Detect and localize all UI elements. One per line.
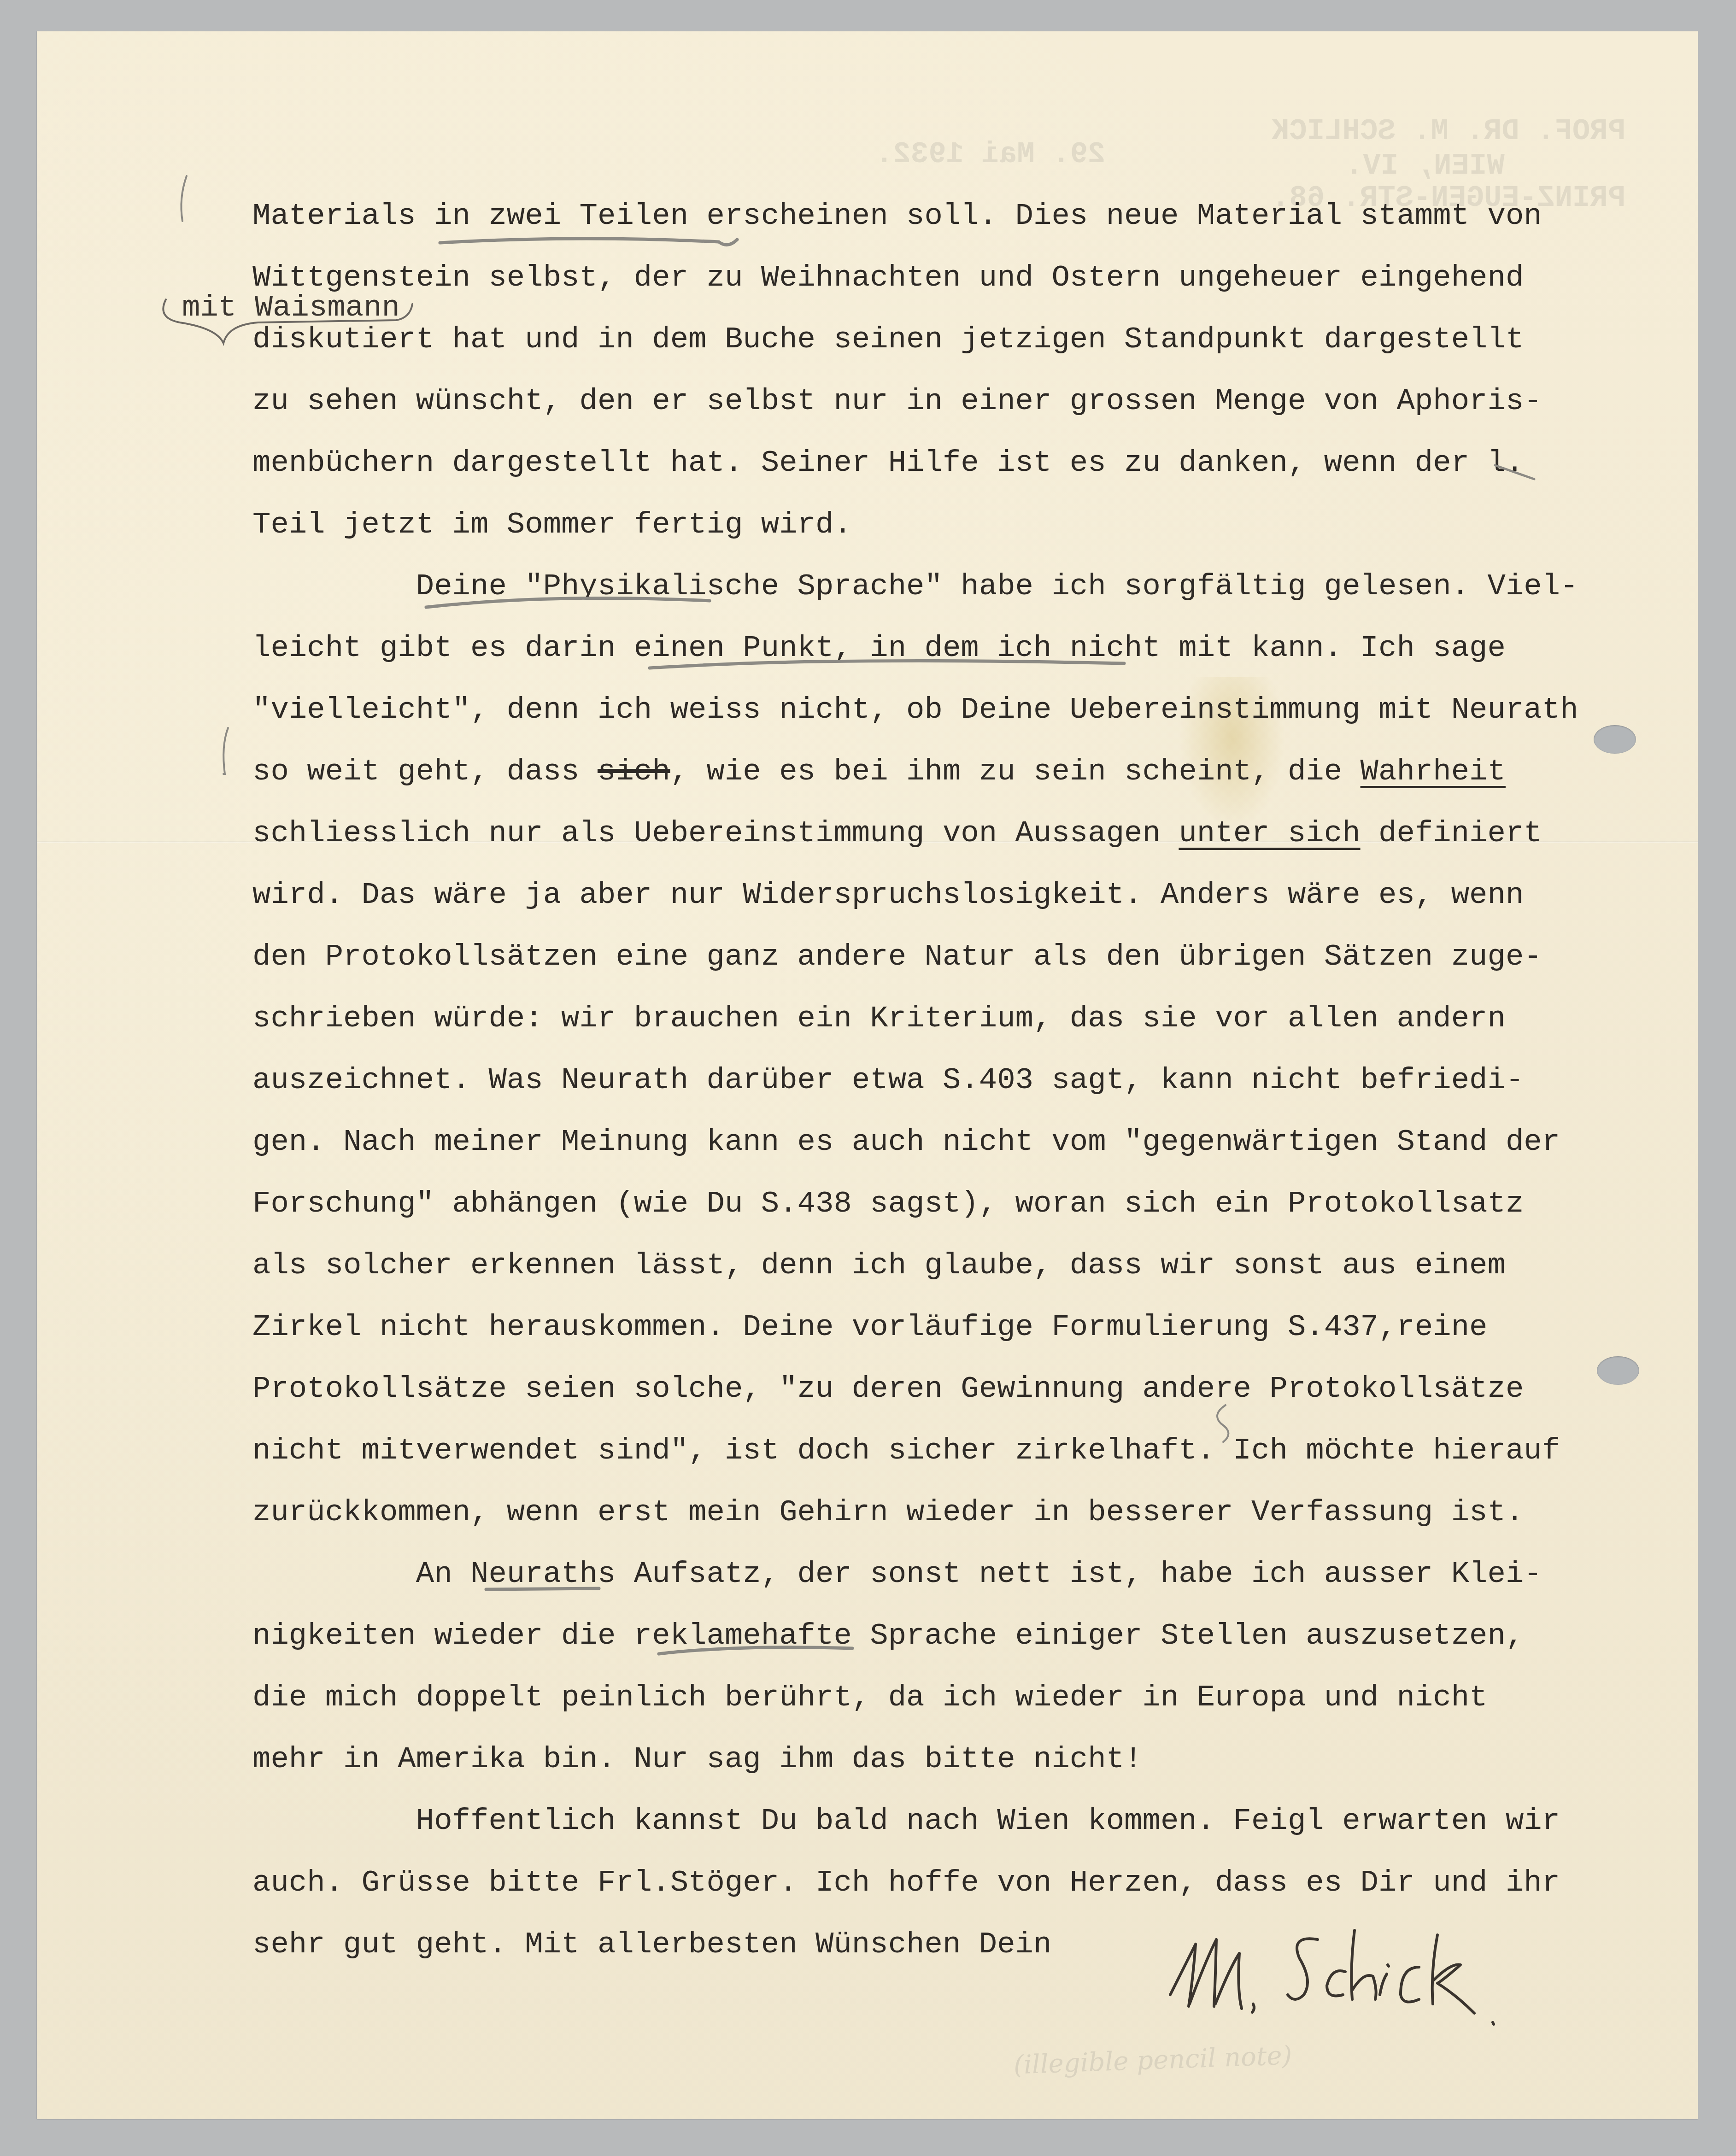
body-line-9: "vielleicht", denn ich weiss nicht, ob D… [252,695,1578,725]
body-line-15: auszeichnet. Was Neurath darüber etwa S.… [252,1065,1524,1096]
body-line-6: Teil jetzt im Sommer fertig wird. [252,510,852,540]
body-line-8: leicht gibt es darin einen Punkt, in dem… [252,633,1506,663]
bleed-letterhead-line-1: PROF. DR. M. SCHLICK [1272,115,1625,148]
body-line-11: schliesslich nur als Uebereinstimmung vo… [252,818,1542,849]
body-line-1: Materials in zwei Teilen erscheinen soll… [252,201,1542,231]
line-11-end: definiert [1361,816,1542,850]
body-line-7: Deine "Physikalische Sprache" habe ich s… [252,571,1578,602]
body-line-22: zurückkommen, wenn erst mein Gehirn wied… [252,1497,1524,1528]
body-line-26: mehr in Amerika bin. Nur sag ihm das bit… [252,1744,1143,1775]
bleed-date: 29. Mai 1932. [875,138,1105,171]
body-line-16: gen. Nach meiner Meinung kann es auch ni… [252,1127,1560,1157]
punch-hole-lower [1597,1356,1639,1385]
body-line-25: die mich doppelt peinlich berührt, da ic… [252,1682,1488,1713]
body-line-23: An Neuraths Aufsatz, der sonst nett ist,… [252,1559,1542,1589]
line-10-middle: , wie es bei ihm zu sein scheint, die [670,754,1361,789]
body-line-13: den Protokollsätzen eine ganz andere Nat… [252,942,1542,972]
line-11-start: schliesslich nur als Uebereinstimmung vo… [252,816,1179,850]
body-line-10: so weit geht, dass sich, wie es bei ihm … [252,756,1506,787]
body-line-29: sehr gut geht. Mit allerbesten Wünschen … [252,1929,1051,1960]
struck-word: sich [598,754,670,789]
body-line-19: Zirkel nicht herauskommen. Deine vorläuf… [252,1312,1488,1342]
handwritten-signature: M. Schlick [1161,1926,1511,2032]
body-line-27: Hoffentlich kannst Du bald nach Wien kom… [252,1806,1560,1836]
body-line-5: menbüchern dargestellt hat. Seiner Hilfe… [252,448,1524,478]
underlined-unter-sich: unter sich [1179,816,1360,850]
body-line-18: als solcher erkennen lässt, denn ich gla… [252,1250,1506,1281]
margin-insertion-text: mit Waismann [182,290,400,325]
body-line-17: Forschung" abhängen (wie Du S.438 sagst)… [252,1189,1524,1219]
body-line-20: Protokollsätze seien solche, "zu deren G… [252,1374,1524,1404]
body-line-4: zu sehen wünscht, den er selbst nur in e… [252,386,1542,416]
body-line-3: diskutiert hat und in dem Buche seinen j… [252,324,1524,355]
body-line-14: schrieben würde: wir brauchen ein Kriter… [252,1003,1506,1034]
underlined-wahrheit: Wahrheit [1361,754,1506,789]
body-line-28: auch. Grüsse bitte Frl.Stöger. Ich hoffe… [252,1868,1560,1898]
body-line-12: wird. Das wäre ja aber nur Widerspruchsl… [252,880,1524,910]
line-10-start: so weit geht, dass [252,754,598,789]
bleed-letterhead-line-2: WIEN, IV. [1345,150,1505,183]
punch-hole-upper [1594,725,1636,754]
body-line-2: Wittgenstein selbst, der zu Weihnachten … [252,263,1524,293]
body-line-21: nicht mitverwendet sind", ist doch siche… [252,1435,1560,1466]
body-line-24: nigkeiten wieder die reklamehafte Sprach… [252,1621,1524,1651]
